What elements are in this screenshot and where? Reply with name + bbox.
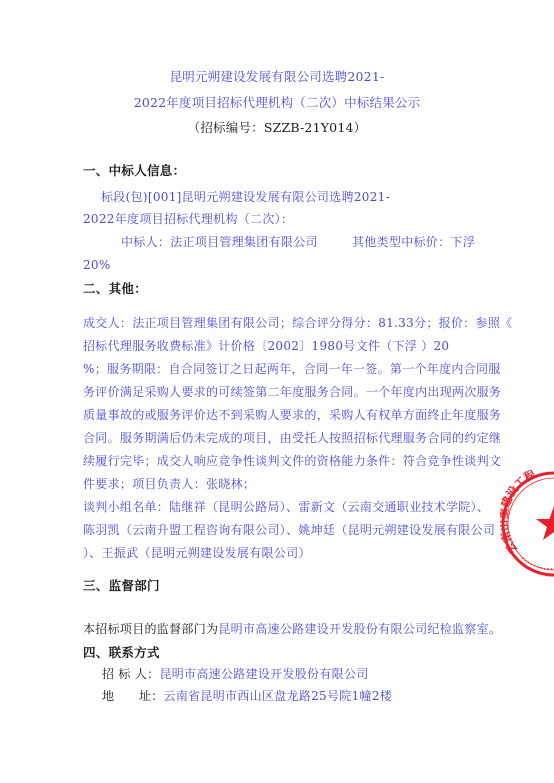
tender-number: （招标编号：SZZB-21Y014） [0, 119, 554, 137]
svg-text:云南山重建设工程: 云南山重建设工程 [500, 470, 538, 556]
title-line-2: 2022年度项目招标代理机构（二次）中标结果公示 [0, 94, 554, 112]
address-row: 地 址：云南省昆明市西山区盘龙路25号院1幢2楼 [102, 688, 392, 704]
document-page: 昆明元朔建设发展有限公司选聘2021- 2022年度项目招标代理机构（二次）中标… [0, 0, 554, 783]
supervision-text: 本招标项目的监督部门为昆明市高速公路建设开发股份有限公司纪检监察室。 [83, 621, 501, 637]
section3-heading: 三、监督部门 [83, 578, 160, 594]
other-line: 谈判小组名单：陆继祥（昆明公路局）、雷新文（云南交通职业技术学院）、 [83, 499, 489, 515]
other-line: 合同。服务期满后仍未完成的项目，由受托人按照招标代理服务合同的约定继 [83, 430, 501, 446]
other-line: 务评价满足采购人要求的可续签第二年度服务合同。一个年度内出现两次服务 [83, 384, 501, 400]
other-line: %；服务期限：自合同签订之日起两年，合同一年一签。第一个年度内合同服 [83, 361, 501, 377]
section2-heading: 二、其他： [83, 281, 147, 297]
tenderer-label: 招 标 人： [102, 667, 159, 681]
address-value: 云南省昆明市西山区盘龙路25号院1幢2楼 [164, 689, 393, 703]
tenderer-row: 招 标 人：昆明市高速公路建设开发股份有限公司 [102, 666, 369, 682]
tenderer-value: 昆明市高速公路建设开发股份有限公司 [159, 667, 368, 681]
seal-icon: 云南山重建设工程 [500, 470, 554, 578]
other-line: 件要求；项目负责人：张晓林； [83, 476, 255, 492]
supervision-prefix: 本招标项目的监督部门为 [83, 622, 218, 636]
address-label: 地 址： [102, 689, 164, 703]
price-label: 其他类型中标价：下浮 [352, 234, 475, 250]
lot-line-1: 标段(包)[001]昆明元朔建设发展有限公司选聘2021- [101, 189, 390, 205]
other-line: 招标代理服务收费标准》计价格〔2002〕1980号文件（下浮 ）20 [83, 338, 449, 354]
price-value: 20% [83, 257, 111, 273]
other-line: 成交人：法正项目管理集团有限公司；综合评分得分：81.33分；报价：参照《 [83, 315, 512, 331]
section1-heading: 一、中标人信息： [83, 163, 185, 179]
supervision-org: 昆明市高速公路建设开发股份有限公司纪检监察室 [218, 622, 489, 636]
official-seal-stamp: 云南山重建设工程 [500, 470, 554, 578]
other-line: 续履行完毕；成交人响应竞争性谈判文件的资格能力条件：符合竞争性谈判文 [83, 453, 501, 469]
supervision-suffix: 。 [489, 622, 501, 636]
winner-line: 中标人：法正项目管理集团有限公司 [121, 234, 318, 250]
title-line-1: 昆明元朔建设发展有限公司选聘2021- [0, 68, 554, 86]
other-line: 陈羽凯（云南升盟工程咨询有限公司）、姚坤廷（昆明元朔建设发展有限公司 [83, 522, 495, 538]
other-line: 质量事故的或服务评价达不到采购人要求的，采购人有权单方面终止年度服务 [83, 407, 501, 423]
section4-heading: 四、联系方式 [83, 645, 160, 661]
other-line: ）、王振武（昆明元朔建设发展有限公司） [83, 545, 311, 561]
lot-line-2: 2022年度项目招标代理机构（二次）： [83, 211, 293, 227]
